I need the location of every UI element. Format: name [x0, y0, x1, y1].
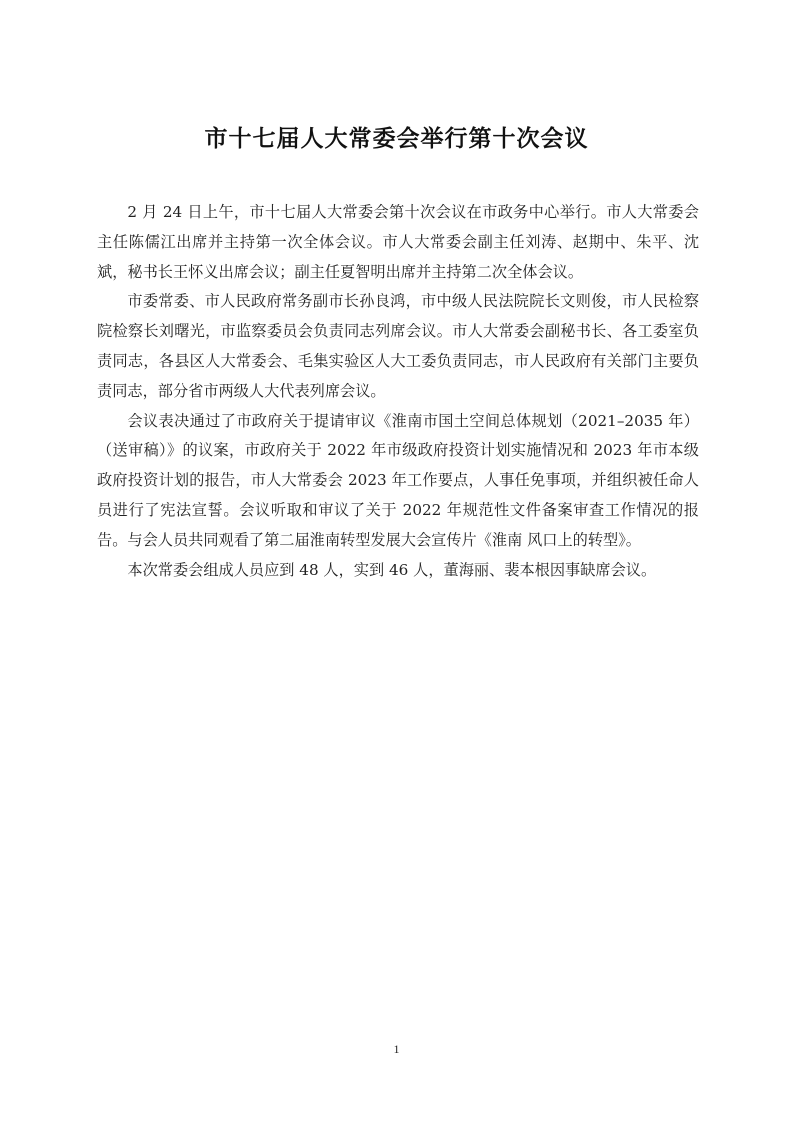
paragraph-resolutions: 会议表决通过了市政府关于提请审议《淮南市国土空间总体规划（2021–2035 年…: [97, 407, 699, 556]
paragraph-attendees: 市委常委、市人民政府常务副市长孙良鸿，市中级人民法院院长文则俊，市人民检察院检察…: [97, 287, 699, 406]
paragraph-meeting-overview: 2 月 24 日上午，市十七届人大常委会第十次会议在市政务中心举行。市人大常委会…: [97, 198, 699, 287]
document-body: 2 月 24 日上午，市十七届人大常委会第十次会议在市政务中心举行。市人大常委会…: [97, 198, 699, 585]
paragraph-attendance-count: 本次常委会组成人员应到 48 人，实到 46 人，董海丽、裴本根因事缺席会议。: [97, 556, 699, 586]
document-page: 市十七届人大常委会举行第十次会议 2 月 24 日上午，市十七届人大常委会第十次…: [0, 0, 793, 1122]
document-title: 市十七届人大常委会举行第十次会议: [0, 120, 793, 153]
page-number: 1: [0, 1042, 793, 1057]
